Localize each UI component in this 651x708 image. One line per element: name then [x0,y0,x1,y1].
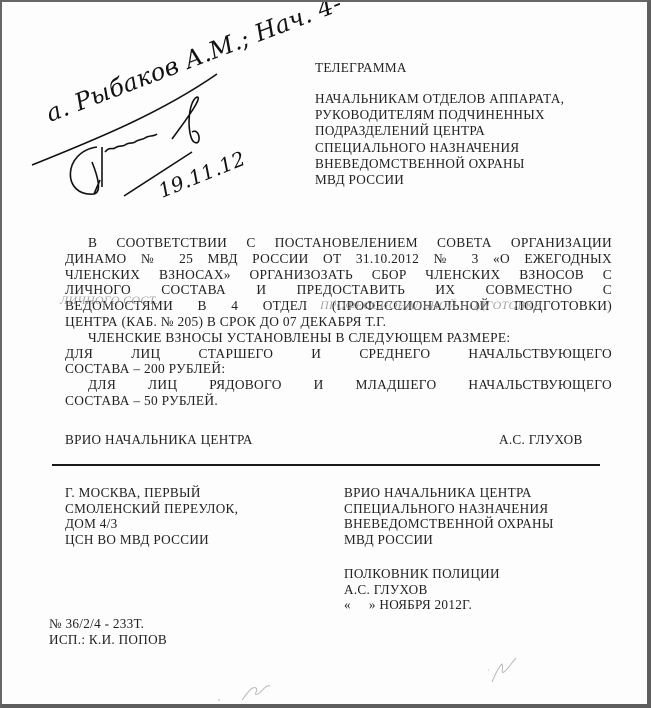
faint-stamp-marks [182,642,582,706]
rank-line: ПОЛКОВНИК ПОЛИЦИИ [344,566,500,582]
addressee-line: СПЕЦИАЛЬНОГО НАЗНАЧЕНИЯ [315,140,564,156]
body-line: ЧЛЕНСКИХ ВЗНОСАХ» ОРГАНИЗОЗАТЬ СБОР ЧЛЕН… [65,267,612,283]
handwritten-date: 19.11.12 [155,146,249,202]
addressee-line: ПОДРАЗДЕЛЕНИЙ ЦЕНТРА [315,123,564,139]
sender-title-line: СПЕЦИАЛЬНОГО НАЗНАЧЕНИЯ [344,501,554,517]
handwritten-resolution: а. Рыбаков А.М.; Нач. 4-8% 19.11.12 [2,2,342,202]
body-line: ДЛЯ ЛИЦ СТАРШЕГО И СРЕДНЕГО НАЧАЛЬСТВУЮЩ… [65,346,612,362]
executor: ИСП.: К.И. ПОПОВ [49,632,167,648]
body-line: В СООТВЕТСТВИИ С ПОСТАНОВЕЛЕНИЕМ СОВЕТА … [65,235,612,251]
body-line: ЦЕНТРА (КАБ. № 205) В СРОК ДО 07 ДЕКАБРЯ… [65,314,612,330]
address-line: ДОМ 4/3 [65,516,238,532]
document-type-label: ТЕЛЕГРАММА [315,60,407,76]
sender-title-line: ВНЕВЕДОМСТВЕННОЙ ОХРАНЫ [344,516,554,532]
handwritten-resolution-text: а. Рыбаков А.М.; Нач. 4-8% [42,2,342,128]
signoff-title: ВРИО НАЧАЛЬНИКА ЦЕНТРА [65,432,253,448]
address-line: Г. МОСКВА, ПЕРВЫЙ [65,485,238,501]
sender-title-line: МВД РОССИИ [344,532,554,548]
addressee-line: МВД РОССИИ [315,172,564,188]
sender-title: ВРИО НАЧАЛЬНИКА ЦЕНТРА СПЕЦИАЛЬНОГО НАЗН… [344,485,554,547]
telegram-body: В СООТВЕТСТВИИ С ПОСТАНОВЕЛЕНИЕМ СОВЕТА … [65,235,612,409]
divider-line [52,464,600,466]
sender-address: Г. МОСКВА, ПЕРВЫЙ СМОЛЕНСКИЙ ПЕРЕУЛОК, Д… [65,485,238,547]
addressee-line: РУКОВОДИТЕЛЯМ ПОДЧИНЕННЫХ [315,107,564,123]
body-line: ДЛЯ ЛИЦ РЯДОВОГО И МЛАДШЕГО НАЧАЛЬСТВУЮЩ… [65,377,612,393]
body-line: СОСТАВА – 200 РУБЛЕЙ: [65,361,612,377]
sender-title-line: ВРИО НАЧАЛЬНИКА ЦЕНТРА [344,485,554,501]
rank-line: А.С. ГЛУХОВ [344,582,500,598]
scanned-document-page: а. Рыбаков А.М.; Нач. 4-8% 19.11.12 ТЕЛЕ… [0,0,651,708]
registration-block: № 36/2/4 - 233Т. ИСП.: К.И. ПОПОВ [49,616,167,647]
overprint-ghost-text: ЛИЧНОГО СОСТ... [60,292,165,308]
sender-rank: ПОЛКОВНИК ПОЛИЦИИ А.С. ГЛУХОВ « » НОЯБРЯ… [344,566,500,613]
addressees-block: НАЧАЛЬНИКАМ ОТДЕЛОВ АППАРАТА, РУКОВОДИТЕ… [315,91,564,188]
addressee-line: ВНЕВЕДОМСТВЕННОЙ ОХРАНЫ [315,156,564,172]
rank-line: « » НОЯБРЯ 2012Г. [344,597,500,613]
address-line: СМОЛЕНСКИЙ ПЕРЕУЛОК, [65,501,238,517]
addressee-line: НАЧАЛЬНИКАМ ОТДЕЛОВ АППАРАТА, [315,91,564,107]
body-line: СОСТАВА – 50 РУБЛЕЙ. [65,393,612,409]
body-line: ЧЛЕНСКИЕ ВЗНОСЫ УСТАНОВЛЕНЫ В СЛЕДУЮЩЕМ … [65,330,612,346]
address-line: ЦСН ВО МВД РОССИИ [65,532,238,548]
overprint-ghost-text: ПРОФЕССИОНАЛЬНОЙ ПОДГОТОВКИ [320,297,542,313]
registration-number: № 36/2/4 - 233Т. [49,616,167,632]
body-line: ДИНАМО № 25 МВД РОССИИ ОТ 31.10.2012 № 3… [65,251,612,267]
signoff-name: А.С. ГЛУХОВ [499,432,583,448]
